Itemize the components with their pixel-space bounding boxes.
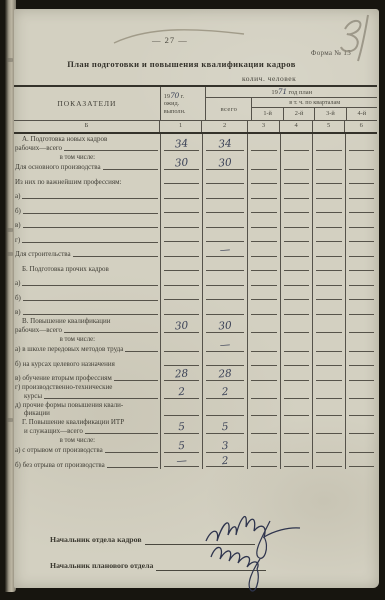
cell-expected: 5	[160, 417, 202, 435]
cell-total: 3	[202, 435, 247, 454]
signature-line	[145, 536, 255, 545]
cell-quarter-3	[312, 353, 344, 368]
row-label-text: Б. Подготовка прочих кадров	[22, 265, 109, 273]
cell-expected	[160, 400, 202, 417]
handwritten-year: 70	[170, 91, 179, 100]
writing-line	[23, 220, 158, 228]
table-row: В. Повышение квалификациирабочих—всего 3…	[14, 316, 377, 334]
header-quarter-3: 3-й	[314, 108, 345, 120]
cell-quarter-1	[247, 435, 279, 454]
cell-quarter-3	[312, 316, 344, 334]
cell-expected	[160, 200, 202, 215]
row-label-text: Для основного производства	[15, 163, 101, 171]
cell-total	[202, 258, 247, 273]
cell-quarter-4	[345, 134, 377, 152]
col-number: 3	[247, 121, 280, 132]
header-plan-year-group: 1971 год план всего в т. ч. по кварталам…	[206, 87, 377, 120]
writing-line	[85, 426, 158, 434]
cell-quarter-4	[345, 171, 377, 186]
cell-quarter-3	[312, 382, 344, 400]
row-label-text: в)	[15, 308, 21, 316]
cell-quarter-2	[280, 334, 312, 353]
cell-quarter-2	[280, 171, 312, 186]
row-label-text: г) производственно-технические	[15, 383, 112, 391]
cell-total: 30	[202, 152, 247, 171]
row-label-text: рабочих—всего	[15, 144, 62, 152]
row-label-text: фикации	[24, 409, 50, 417]
cell-quarter-1	[247, 316, 279, 334]
cell-expected: 5	[160, 435, 202, 454]
row-label: в том числе:а) в школе передовых методов…	[14, 334, 160, 353]
cell-total	[202, 353, 247, 368]
handwritten-year: 71	[278, 87, 287, 96]
signature-line	[156, 562, 266, 571]
edge-smudge	[7, 418, 13, 422]
cell-expected	[160, 287, 202, 302]
row-label: В. Повышение квалификациирабочих—всего	[14, 316, 160, 334]
cell-quarter-3	[312, 171, 344, 186]
table-row: в том числе:а) с отрывом от производства…	[14, 435, 377, 454]
writing-line	[44, 391, 157, 399]
cell-quarter-1	[247, 152, 279, 171]
cell-expected	[160, 215, 202, 230]
row-label: б) на курсах целевого назначения	[14, 353, 160, 368]
cell-total: 2	[202, 454, 247, 469]
cell-expected: 30	[160, 152, 202, 171]
cell-quarter-4	[345, 435, 377, 454]
writing-line	[73, 249, 158, 257]
cell-quarter-4	[345, 368, 377, 383]
cell-expected	[160, 186, 202, 201]
cell-quarter-4	[345, 400, 377, 417]
cell-quarter-2	[280, 200, 312, 215]
cell-quarter-2	[280, 152, 312, 171]
header-quarter-1: 1-й	[252, 108, 282, 120]
cell-quarter-3	[312, 287, 344, 302]
writing-line	[64, 325, 158, 333]
cell-quarter-2	[280, 215, 312, 230]
cell-expected	[160, 229, 202, 244]
edge-smudge	[7, 252, 13, 256]
cell-total	[202, 287, 247, 302]
header-quarter-4: 4-й	[346, 108, 377, 120]
row-label-text: Из них по важнейшим профессиям:	[15, 178, 122, 186]
writing-line	[22, 191, 157, 199]
row-label-text: Г. Повышение квалификации ИТР	[22, 418, 124, 426]
cell-quarter-3	[312, 134, 344, 152]
table-row: Г. Повышение квалификации ИТРи служащих—…	[14, 417, 377, 435]
row-label-text: в) обучение вторым профессиям	[15, 374, 112, 382]
cell-quarter-1	[247, 244, 279, 259]
col-number: 4	[279, 121, 312, 132]
cell-quarter-1	[247, 400, 279, 417]
cell-quarter-4	[345, 353, 377, 368]
row-subheader: в том числе:	[15, 335, 160, 344]
row-label: Для строительства	[14, 244, 160, 259]
writing-line	[105, 445, 158, 453]
cell-total	[202, 273, 247, 288]
row-label-text: А. Подготовка новых кадров	[22, 135, 107, 143]
cell-quarter-1	[247, 229, 279, 244]
cell-quarter-4	[345, 229, 377, 244]
signature-label-planning-chief: Начальник планового отдела	[50, 561, 153, 571]
cell-total: 34	[202, 134, 247, 152]
table-row: Из них по важнейшим профессиям:	[14, 171, 377, 186]
cell-quarter-4	[345, 334, 377, 353]
row-label: А. Подготовка новых кадроврабочих—всего	[14, 134, 160, 152]
cell-quarter-3	[312, 368, 344, 383]
cell-expected	[160, 334, 202, 353]
row-label-text: в)	[15, 221, 21, 229]
cell-quarter-1	[247, 287, 279, 302]
table-row: г)	[14, 229, 377, 244]
row-label: в том числе:Для основного производства	[14, 152, 160, 171]
cell-expected	[160, 171, 202, 186]
cell-total	[202, 215, 247, 230]
cell-quarter-4	[345, 454, 377, 469]
table-row: б) без отрыва от производства — 2	[14, 454, 377, 469]
cell-total	[202, 400, 247, 417]
cell-quarter-2	[280, 273, 312, 288]
cell-total: —	[202, 244, 247, 259]
cell-quarter-3	[312, 215, 344, 230]
cell-quarter-2	[280, 186, 312, 201]
row-label-text: В. Повышение квалификации	[22, 317, 111, 325]
cell-expected: 2	[160, 382, 202, 400]
cell-quarter-4	[345, 200, 377, 215]
cell-total	[202, 186, 247, 201]
signature-label-hr-chief: Начальник отдела кадров	[50, 535, 142, 545]
cell-quarter-1	[247, 200, 279, 215]
cell-quarter-4	[345, 302, 377, 317]
cell-quarter-4	[345, 417, 377, 435]
row-label: б)	[14, 200, 160, 215]
cell-total: 30	[202, 316, 247, 334]
cell-quarter-2	[280, 316, 312, 334]
cell-quarter-1	[247, 353, 279, 368]
writing-line	[22, 278, 157, 286]
row-label-text: курсы	[24, 392, 42, 400]
header-quarter-2: 2-й	[283, 108, 314, 120]
col-number: 6	[344, 121, 377, 132]
cell-quarter-3	[312, 454, 344, 469]
cell-expected: 30	[160, 316, 202, 334]
cell-quarter-4	[345, 152, 377, 171]
document-page: — 27 — Форма № 13 План подготовки и повы…	[14, 9, 379, 588]
cell-quarter-1	[247, 368, 279, 383]
table-row: б)	[14, 287, 377, 302]
cell-quarter-4	[345, 215, 377, 230]
cell-quarter-3	[312, 400, 344, 417]
table-row: а)	[14, 186, 377, 201]
cell-total: 2	[202, 382, 247, 400]
cell-quarter-1	[247, 454, 279, 469]
table-row: Б. Подготовка прочих кадров	[14, 258, 377, 273]
cell-quarter-1	[247, 382, 279, 400]
cell-total	[202, 302, 247, 317]
row-label: г)	[14, 229, 160, 244]
table-row: в том числе:Для основного производства 3…	[14, 152, 377, 171]
cell-quarter-2	[280, 229, 312, 244]
row-label: в)	[14, 215, 160, 230]
writing-line	[107, 460, 158, 468]
cell-quarter-3	[312, 258, 344, 273]
signature-block: Начальник отдела кадров Начальник планов…	[50, 519, 350, 571]
row-label-text: Для строительства	[15, 250, 71, 258]
cell-quarter-2	[280, 400, 312, 417]
cell-quarter-2	[280, 417, 312, 435]
row-subheader: в том числе:	[15, 153, 160, 162]
writing-line	[114, 373, 158, 381]
page-number: — 27 —	[152, 35, 188, 45]
row-label: Из них по важнейшим профессиям:	[14, 171, 160, 186]
cell-quarter-2	[280, 258, 312, 273]
cell-quarter-3	[312, 186, 344, 201]
table-row: в)	[14, 215, 377, 230]
row-label: в) обучение вторым профессиям	[14, 368, 160, 383]
writing-line	[125, 344, 157, 352]
writing-line	[23, 307, 158, 315]
writing-line	[23, 293, 158, 301]
cell-expected	[160, 258, 202, 273]
row-label-text: а) с отрывом от производства	[15, 446, 103, 454]
header-plan-year: 1971 год план	[206, 87, 377, 98]
row-label-text: г)	[15, 236, 20, 244]
cell-quarter-1	[247, 171, 279, 186]
cell-quarter-1	[247, 273, 279, 288]
header-expected-year: 1970 г. ожид. выполн.	[160, 87, 207, 120]
row-label: г) производственно-техническиекурсы	[14, 382, 160, 400]
row-label-text: и служащих—всего	[24, 427, 83, 435]
cell-expected: 34	[160, 134, 202, 152]
cell-total: —	[202, 334, 247, 353]
row-label-text: б) без отрыва от производства	[15, 461, 105, 469]
writing-line	[22, 235, 157, 243]
col-number: Б	[14, 121, 159, 132]
cell-total	[202, 229, 247, 244]
row-label-text: б) на курсах целевого назначения	[15, 360, 115, 368]
table-row: А. Подготовка новых кадроврабочих—всего …	[14, 134, 377, 152]
table-row: Для строительства —	[14, 244, 377, 259]
cell-quarter-4	[345, 316, 377, 334]
cell-quarter-3	[312, 244, 344, 259]
signature-row-planning-chief: Начальник планового отдела	[50, 545, 350, 571]
cell-quarter-3	[312, 334, 344, 353]
row-label-text: д) прочие формы повышения квали-	[15, 401, 123, 409]
cell-quarter-2	[280, 302, 312, 317]
cell-total	[202, 171, 247, 186]
cell-total: 5	[202, 417, 247, 435]
cell-quarter-3	[312, 152, 344, 171]
row-label: а)	[14, 186, 160, 201]
cell-total	[202, 200, 247, 215]
table-row: в)	[14, 302, 377, 317]
cell-quarter-4	[345, 244, 377, 259]
cell-quarter-2	[280, 244, 312, 259]
row-label-text: а)	[15, 192, 20, 200]
row-label-text: б)	[15, 294, 21, 302]
cell-quarter-1	[247, 258, 279, 273]
table-row: б) на курсах целевого назначения	[14, 353, 377, 368]
row-label-text: а) в школе передовых методов труда	[15, 345, 123, 353]
writing-line	[23, 206, 158, 214]
table-row: д) прочие формы повышения квали-фикации	[14, 400, 377, 417]
row-label-text: б)	[15, 207, 21, 215]
cell-quarter-2	[280, 353, 312, 368]
cell-quarter-2	[280, 287, 312, 302]
signature-row-hr-chief: Начальник отдела кадров	[50, 519, 350, 545]
cell-quarter-2	[280, 368, 312, 383]
cell-total: 28	[202, 368, 247, 383]
cell-quarter-1	[247, 302, 279, 317]
cell-quarter-1	[247, 417, 279, 435]
cell-expected	[160, 244, 202, 259]
row-label: в)	[14, 302, 160, 317]
table-body: А. Подготовка новых кадроврабочих—всего …	[14, 134, 377, 469]
row-label: Г. Повышение квалификации ИТРи служащих—…	[14, 417, 160, 435]
cell-quarter-3	[312, 273, 344, 288]
header-total: всего	[206, 98, 251, 120]
header-quarters-group: в т. ч. по кварталам 1-й 2-й 3-й 4-й	[251, 98, 377, 120]
row-label-text: рабочих—всего	[15, 326, 62, 334]
cell-quarter-1	[247, 186, 279, 201]
cell-quarter-4	[345, 273, 377, 288]
row-label: б) без отрыва от производства	[14, 454, 160, 469]
cell-quarter-1	[247, 134, 279, 152]
cell-quarter-2	[280, 454, 312, 469]
units-label: колич. человек	[242, 74, 296, 83]
cell-expected	[160, 353, 202, 368]
cell-quarter-4	[345, 186, 377, 201]
cell-quarter-4	[345, 287, 377, 302]
cell-quarter-3	[312, 417, 344, 435]
cell-quarter-3	[312, 200, 344, 215]
cell-expected: 28	[160, 368, 202, 383]
writing-line	[64, 143, 158, 151]
table-row: в том числе:а) в школе передовых методов…	[14, 334, 377, 353]
row-label: в том числе:а) с отрывом от производства	[14, 435, 160, 454]
column-numbers-row: Б 1 2 3 4 5 6	[14, 121, 377, 134]
cell-quarter-3	[312, 302, 344, 317]
edge-smudge	[7, 228, 13, 232]
cell-expected	[160, 302, 202, 317]
row-label-text: а)	[15, 279, 20, 287]
edge-smudge	[7, 58, 13, 62]
cell-quarter-1	[247, 334, 279, 353]
row-label: б)	[14, 287, 160, 302]
row-label: Б. Подготовка прочих кадров	[14, 258, 160, 273]
cell-quarter-2	[280, 134, 312, 152]
cell-quarter-1	[247, 215, 279, 230]
table-row: б)	[14, 200, 377, 215]
header-indicators: ПОКАЗАТЕЛИ	[14, 87, 160, 120]
cell-expected	[160, 273, 202, 288]
table-row: в) обучение вторым профессиям 28 28	[14, 368, 377, 383]
cell-quarter-2	[280, 382, 312, 400]
row-label: а)	[14, 273, 160, 288]
cell-quarter-4	[345, 258, 377, 273]
cell-quarter-3	[312, 229, 344, 244]
plan-table: ПОКАЗАТЕЛИ 1970 г. ожид. выполн. 1971 го…	[14, 85, 377, 469]
col-number: 2	[201, 121, 246, 132]
header-quarters-label: в т. ч. по кварталам	[252, 98, 377, 108]
document-title: План подготовки и повышения квалификации…	[14, 59, 349, 69]
table-row: г) производственно-техническиекурсы 2 2	[14, 382, 377, 400]
cell-quarter-2	[280, 435, 312, 454]
row-subheader: в том числе:	[15, 436, 160, 445]
col-number: 1	[159, 121, 201, 132]
table-header: ПОКАЗАТЕЛИ 1970 г. ожид. выполн. 1971 го…	[14, 87, 377, 121]
cell-quarter-4	[345, 382, 377, 400]
cell-quarter-3	[312, 435, 344, 454]
row-label: д) прочие формы повышения квали-фикации	[14, 400, 160, 417]
writing-line	[103, 162, 158, 170]
col-number: 5	[312, 121, 345, 132]
cell-expected: —	[160, 454, 202, 469]
table-row: а)	[14, 273, 377, 288]
scanned-document-background: — 27 — Форма № 13 План подготовки и повы…	[0, 0, 385, 600]
